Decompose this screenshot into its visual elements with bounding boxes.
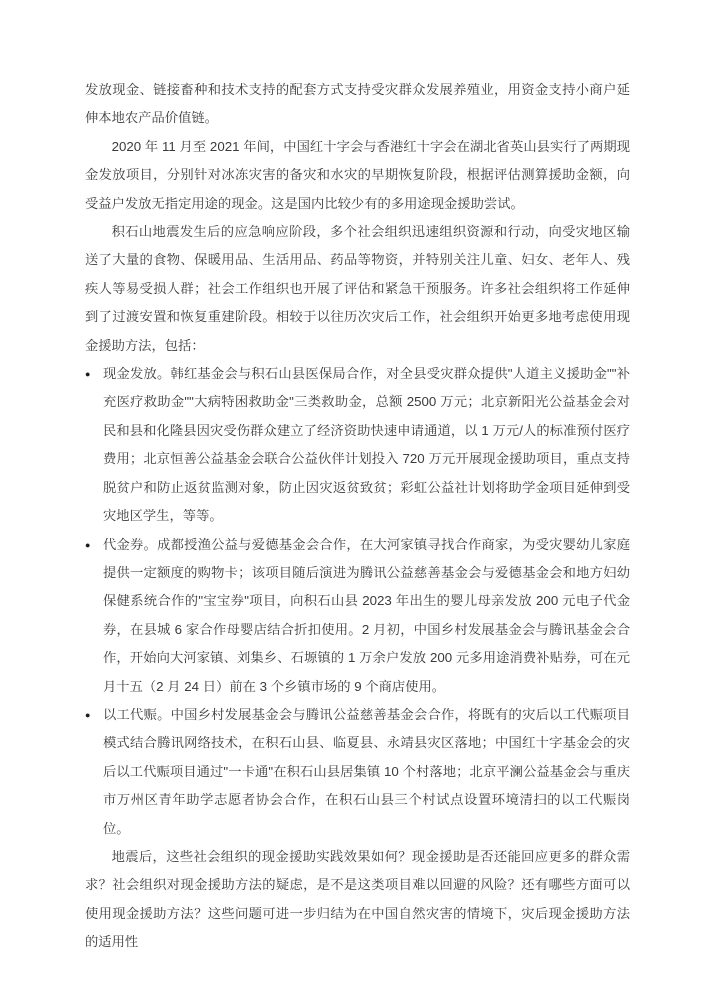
bullet-text-cash-distribution: 现金发放。韩红基金会与积石山县医保局合作，对全县受灾群众提供"人道主义援助金""… [103, 360, 630, 530]
paragraph-closing-questions: 地震后，这些社会组织的现金援助实践效果如何？现金援助是否还能回应更多的群众需求？… [85, 843, 630, 957]
document-page: 发放现金、链接畜种和技术支持的配套方式支持受灾群众发展养殖业，用资金支持小商户延… [0, 0, 710, 1004]
bullet-icon: ● [85, 360, 99, 388]
bullet-item-cash-distribution: ● 现金发放。韩红基金会与积石山县医保局合作，对全县受灾群众提供"人道主义援助金… [85, 360, 630, 530]
paragraph-yingshan-cash-project: 2020 年 11 月至 2021 年间，中国红十字会与香港红十字会在湖北省英山… [85, 133, 630, 218]
bullet-icon: ● [85, 701, 99, 729]
bullet-text-vouchers: 代金券。成都授渔公益与爱德基金会合作，在大河家镇寻找合作商家，为受灾婴幼儿家庭提… [103, 531, 630, 701]
bullet-text-cash-for-work: 以工代赈。中国乡村发展基金会与腾讯公益慈善基金会合作，将既有的灾后以工代赈项目模… [103, 701, 630, 843]
paragraph-continuation: 发放现金、链接畜种和技术支持的配套方式支持受灾群众发展养殖业，用资金支持小商户延… [85, 76, 630, 133]
paragraph-jishishan-response: 积石山地震发生后的应急响应阶段，多个社会组织迅速组织资源和行动，向受灾地区输送了… [85, 218, 630, 360]
bullet-icon: ● [85, 531, 99, 559]
bullet-item-cash-for-work: ● 以工代赈。中国乡村发展基金会与腾讯公益慈善基金会合作，将既有的灾后以工代赈项… [85, 701, 630, 843]
bullet-item-vouchers: ● 代金券。成都授渔公益与爱德基金会合作，在大河家镇寻找合作商家，为受灾婴幼儿家… [85, 531, 630, 701]
